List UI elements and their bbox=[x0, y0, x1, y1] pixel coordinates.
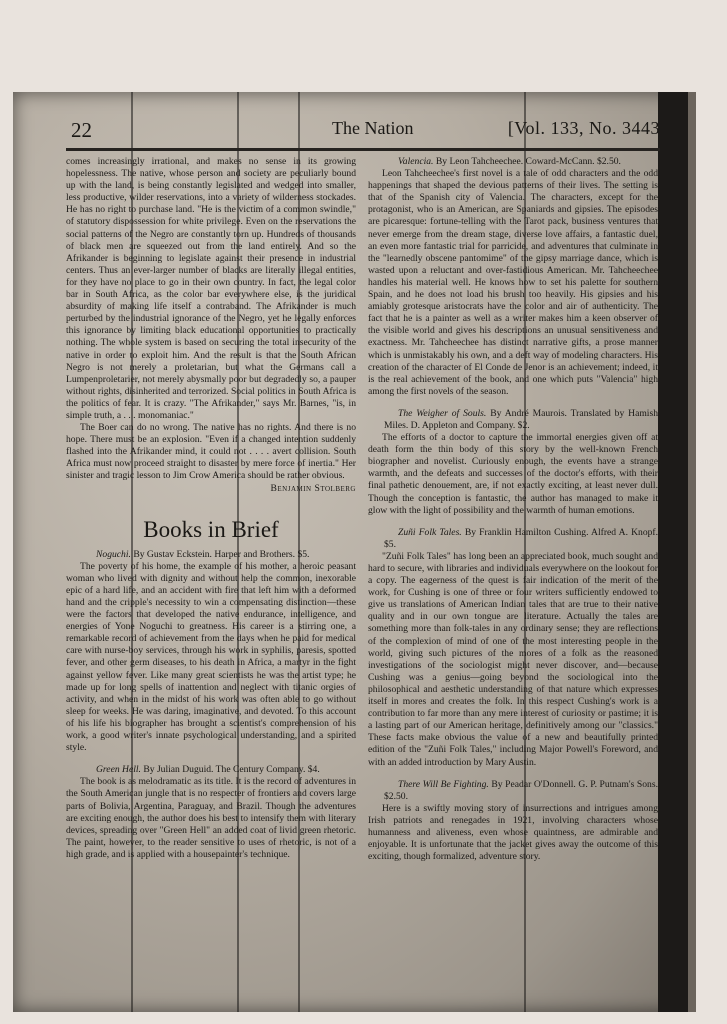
book-details: By Leon Tahcheechee. Coward-McCann. $2.5… bbox=[436, 156, 621, 167]
review-citation: Noguchi. By Gustav Eckstein. Harper and … bbox=[66, 549, 356, 561]
article-paragraph: The Boer can do no wrong. The native has… bbox=[66, 422, 356, 482]
book-title: There Will Be Fighting. bbox=[398, 779, 489, 790]
right-column: Valencia. By Leon Tahcheechee. Coward-Mc… bbox=[368, 156, 658, 863]
book-title: Valencia. bbox=[398, 156, 433, 167]
book-title: Noguchi. bbox=[96, 549, 131, 560]
book-title: Green Hell. bbox=[96, 764, 141, 775]
book-details: By Gustav Eckstein. Harper and Brothers.… bbox=[133, 549, 309, 560]
book-title: Zuñi Folk Tales. bbox=[398, 527, 462, 538]
review-citation: There Will Be Fighting. By Peadar O'Donn… bbox=[368, 779, 658, 803]
review-body: The book is as melodramatic as its title… bbox=[66, 776, 356, 861]
left-column: comes increasingly irrational, and makes… bbox=[66, 156, 356, 861]
page-number: 22 bbox=[71, 118, 92, 143]
magazine-title: The Nation bbox=[332, 118, 413, 139]
review-body: The poverty of his home, the example of … bbox=[66, 561, 356, 755]
review-citation: Valencia. By Leon Tahcheechee. Coward-Mc… bbox=[368, 156, 658, 168]
review-body: Here is a swiftly moving story of insurr… bbox=[368, 803, 658, 863]
review-body: Leon Tahcheechee's first novel is a tale… bbox=[368, 168, 658, 398]
film-dark-edge bbox=[658, 92, 688, 1012]
review-citation: Zuñi Folk Tales. By Franklin Hamilton Cu… bbox=[368, 527, 658, 551]
review-citation: Green Hell. By Julian Duguid. The Centur… bbox=[66, 764, 356, 776]
book-details: By Julian Duguid. The Century Company. $… bbox=[143, 764, 319, 775]
book-title: The Weigher of Souls. bbox=[398, 408, 486, 419]
volume-issue: [Vol. 133, No. 3443 bbox=[508, 118, 660, 139]
review-body: The efforts of a doctor to capture the i… bbox=[368, 432, 658, 517]
author-signature: Benjamin Stolberg bbox=[66, 483, 356, 495]
article-paragraph: comes increasingly irrational, and makes… bbox=[66, 156, 356, 422]
section-title: Books in Brief bbox=[66, 517, 356, 543]
review-body: "Zuñi Folk Tales" has long been an appre… bbox=[368, 551, 658, 769]
film-edge-strip bbox=[688, 92, 696, 1012]
page-header: 22 The Nation [Vol. 133, No. 3443 bbox=[66, 118, 660, 151]
magazine-page: 22 The Nation [Vol. 133, No. 3443 comes … bbox=[66, 118, 660, 998]
review-citation: The Weigher of Souls. By André Maurois. … bbox=[368, 408, 658, 432]
